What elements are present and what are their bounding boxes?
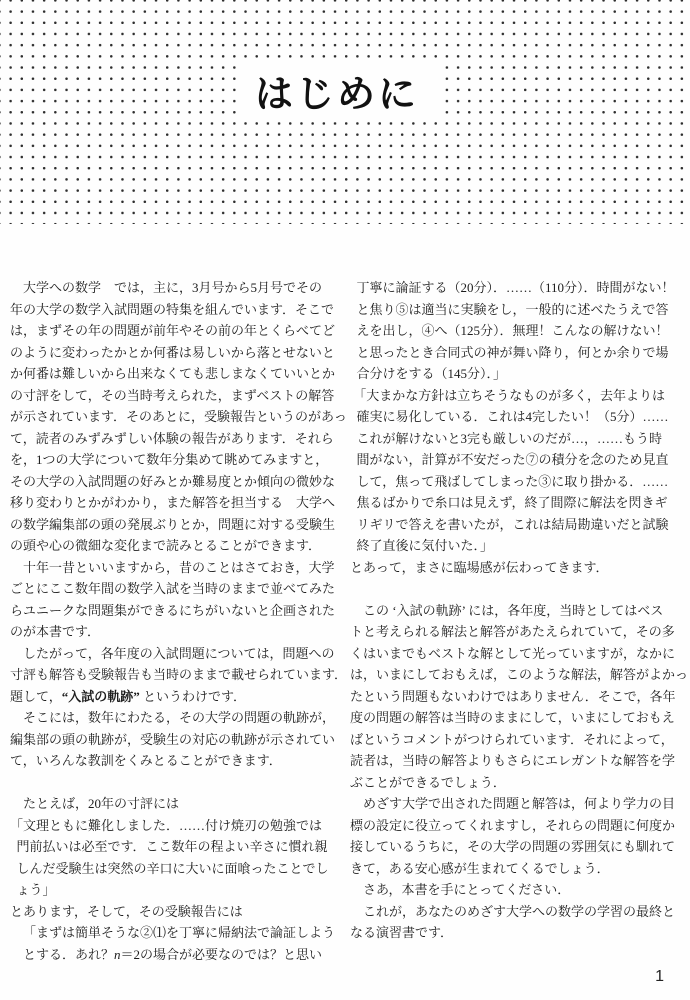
text-line: 門前払いは必至です．ここ数年の程よい辛さに慣れ親 xyxy=(10,836,344,858)
text-line: トと考えられる解法と解答があたえられていて，その多 xyxy=(350,621,684,643)
text-line: 題して，“入試の軌跡” というわけです． xyxy=(10,686,344,708)
blank-line xyxy=(350,578,684,600)
text-line: 丁寧に論証する（20分）．……（110分）．時間がない！ xyxy=(350,277,684,299)
text-line: しんだ受験生は突然の辛口に大いに面喰ったことでし xyxy=(10,858,344,880)
book-page: はじめに 大学への数学 では，主に，3月号から5月号でその年の大学の数学入試問題… xyxy=(0,0,690,1000)
text-line: ごとにここ数年間の数学入試を当時のままで並べてみた xyxy=(10,578,344,600)
text-line: とする．あれ？n＝2の場合が必要なのでは？と思い xyxy=(10,944,344,966)
text-line: の寸評をして，その当時考えられた，まずベストの解答 xyxy=(10,385,344,407)
text-line: たとえば，20年の寸評には xyxy=(10,793,344,815)
text-line: は，いまにしておもえば，このような解法，解答がよかっ xyxy=(350,664,684,686)
text-line: ょう」 xyxy=(10,879,344,901)
text-line: 十年一昔といいますから，昔のことはさておき，大学 xyxy=(10,557,344,579)
text-line: の数学編集部の頭の発展ぶりとか，問題に対する受験生 xyxy=(10,514,344,536)
text-line: さあ，本書を手にとってください． xyxy=(350,879,684,901)
text-line: と焦り⑤は適当に実験をし，一般的に述べたうえで答 xyxy=(350,299,684,321)
text-line: したがって，各年度の入試問題については，問題への xyxy=(10,643,344,665)
text-line: て，いろんな教訓をくみとることができます． xyxy=(10,750,344,772)
text-line: くはいまでもベストな解として光っていますが，なかに xyxy=(350,643,684,665)
text-line: 「大まかな方針は立ちそうなものが多く，去年よりは xyxy=(350,385,684,407)
text-line: 間がない，計算が不安だった⑦の積分を念のため見直 xyxy=(350,449,684,471)
text-line: は，まずその年の問題が前年やその前の年とくらべてど xyxy=(10,320,344,342)
text-line: らユニークな問題集ができるにちがいないと企画された xyxy=(10,600,344,622)
text-line: 合分けをする（145分）．」 xyxy=(350,363,684,385)
text-line: の頭や心の微細な変化まで読みとることができます． xyxy=(10,535,344,557)
text-line: 移り変わりとかがわかり，また解答を担当する 大学へ xyxy=(10,492,344,514)
text-line: これが，あなたのめざす大学への数学の学習の最終と xyxy=(350,901,684,923)
blank-line xyxy=(10,772,344,794)
text-line: 大学への数学 では，主に，3月号から5月号でその xyxy=(10,277,344,299)
text-line: めざす大学で出された問題と解答は，何より学力の目 xyxy=(350,793,684,815)
right-text-column: 丁寧に論証する（20分）．……（110分）．時間がない！と焦り⑤は適当に実験をし… xyxy=(350,277,684,944)
text-line: その大学の入試問題の好みとか難易度とか傾向の微妙な xyxy=(10,471,344,493)
text-line: 「まずは簡単そうな②⑴を丁寧に帰納法で論証しよう xyxy=(10,922,344,944)
text-line: 標の設定に役立ってくれますし，それらの問題に何度か xyxy=(350,815,684,837)
text-line: のように変わったかとか何番は易しいから落とせないと xyxy=(10,342,344,364)
left-text-column: 大学への数学 では，主に，3月号から5月号でその年の大学の数学入試問題の特集を組… xyxy=(10,277,344,965)
text-line: が示されています．そのあとに，受験報告というのがあっ xyxy=(10,406,344,428)
text-line: して，焦って飛ばしてしまった③に取り掛かる．…… xyxy=(350,471,684,493)
text-line: か何番は難しいから出来なくても悲しまなくていいとか xyxy=(10,363,344,385)
page-title: はじめに xyxy=(255,63,419,118)
page-number: 1 xyxy=(655,968,664,986)
text-line: えを出し，④へ（125分）．無理！こんなの解けない！ xyxy=(350,320,684,342)
text-line: 寸評も解答も受験報告も当時のままで載せられています． xyxy=(10,664,344,686)
text-line: て，読者のみずみずしい体験の報告があります．それら xyxy=(10,428,344,450)
text-line: 接しているうちに，その大学の問題の雰囲気にも馴れて xyxy=(350,836,684,858)
text-line: この ‘入試の軌跡’ には，各年度，当時としてはベス xyxy=(350,600,684,622)
text-line: を，1つの大学について数年分集めて眺めてみますと， xyxy=(10,449,344,471)
text-line: 読者は，当時の解答よりもさらにエレガントな解答を学 xyxy=(350,750,684,772)
text-line: とあります，そして，その受験報告には xyxy=(10,901,344,923)
text-line: たという問題もないわけではありません．そこで，各年 xyxy=(350,686,684,708)
text-line: ばというコメントがつけられています．それによって， xyxy=(350,729,684,751)
text-line: のが本書です． xyxy=(10,621,344,643)
text-line: 「文理ともに難化しました．……付け焼刃の勉強では xyxy=(10,815,344,837)
text-line: と思ったとき合同式の神が舞い降り，何とか余りで場 xyxy=(350,342,684,364)
text-line: なる演習書です． xyxy=(350,922,684,944)
text-line: そこには，数年にわたる，その大学の問題の軌跡が， xyxy=(10,707,344,729)
text-line: 年の大学の数学入試問題の特集を組んでいます．そこで xyxy=(10,299,344,321)
text-line: これが解けないと3完も厳しいのだが…，……もう時 xyxy=(350,428,684,450)
text-line: 度の問題の解答は当時のままにして，いまにしておもえ xyxy=(350,707,684,729)
text-line: 編集部の頭の軌跡が，受験生の対応の軌跡が示されてい xyxy=(10,729,344,751)
text-line: とあって，まさに臨場感が伝わってきます． xyxy=(350,557,684,579)
text-line: 終了直後に気付いた．」 xyxy=(350,535,684,557)
text-line: 確実に易化している．これは4完したい！（5分）…… xyxy=(350,406,684,428)
text-line: リギリで答えを書いたが，これは結局勘違いだと試験 xyxy=(350,514,684,536)
text-line: きて，ある安心感が生まれてくるでしょう． xyxy=(350,858,684,880)
text-line: ぶことができるでしょう． xyxy=(350,772,684,794)
title-box: はじめに xyxy=(237,62,437,118)
text-line: 焦るばかりで糸口は見えず，終了間際に解法を閃きギ xyxy=(350,492,684,514)
